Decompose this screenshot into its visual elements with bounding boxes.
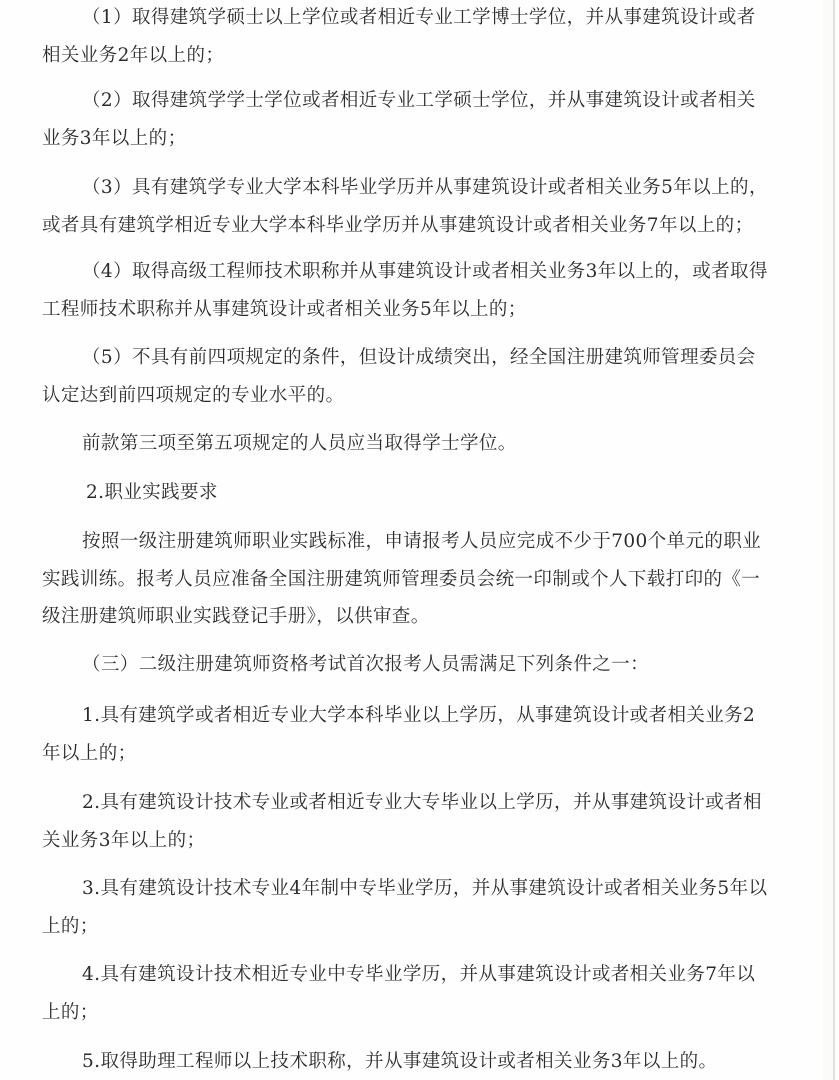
section-heading-level2: （三）二级注册建筑师资格考试首次报考人员需满足下列条件之一：: [42, 646, 742, 684]
section-heading: （三）二级注册建筑师资格考试首次报考人员需满足下列条件之一：: [42, 646, 742, 684]
text-line: 年以上的；: [42, 735, 742, 773]
text-line: 前款第三项至第五项规定的人员应当取得学士学位。: [42, 425, 742, 463]
paragraph-condition-3: 3.具有建筑设计技术专业4年制中专毕业学历，并从事建筑设计或者相关业务5年以 上…: [42, 870, 742, 945]
text-line: 认定达到前四项规定的专业水平的。: [42, 377, 742, 415]
text-line: （2）取得建筑学学士学位或者相近专业工学硕士学位，并从事建筑设计或者相关: [42, 82, 742, 120]
paragraph-requirement-2: （2）取得建筑学学士学位或者相近专业工学硕士学位，并从事建筑设计或者相关 业务3…: [42, 82, 742, 157]
page-edge-shade: [823, 0, 833, 1080]
text-line: 上的；: [42, 908, 742, 946]
paragraph-requirement-3: （3）具有建筑学专业大学本科毕业学历并从事建筑设计或者相关业务5年以上的， 或者…: [42, 169, 742, 244]
text-line: 实践训练。报考人员应准备全国注册建筑师管理委员会统一印制或个人下载打印的《一: [42, 561, 742, 599]
text-line: （4）取得高级工程师技术职称并从事建筑设计或者相关业务3年以上的，或者取得: [42, 253, 742, 291]
page-edge-divider: [833, 0, 835, 1080]
paragraph-condition-4: 4.具有建筑设计技术相近专业中专毕业学历，并从事建筑设计或者相关业务7年以 上的…: [42, 956, 742, 1031]
section-heading: 2.职业实践要求: [42, 474, 742, 512]
paragraph-degree-note: 前款第三项至第五项规定的人员应当取得学士学位。: [42, 425, 742, 463]
text-line: 级注册建筑师职业实践登记手册》，以供审查。: [42, 598, 742, 636]
text-line: 相关业务2年以上的；: [42, 37, 742, 75]
text-line: 业务3年以上的；: [42, 120, 742, 158]
paragraph-practice-standard: 按照一级注册建筑师职业实践标准，申请报考人员应完成不少于700个单元的职业 实践…: [42, 523, 742, 636]
paragraph-condition-1: 1.具有建筑学或者相近专业大学本科毕业以上学历，从事建筑设计或者相关业务2 年以…: [42, 697, 742, 772]
paragraph-requirement-5: （5）不具有前四项规定的条件，但设计成绩突出，经全国注册建筑师管理委员会 认定达…: [42, 339, 742, 414]
document-page: （1）取得建筑学硕士以上学位或者相近专业工学博士学位，并从事建筑设计或者 相关业…: [0, 0, 839, 1080]
text-line: 工程师技术职称并从事建筑设计或者相关业务5年以上的；: [42, 291, 742, 329]
text-line: 4.具有建筑设计技术相近专业中专毕业学历，并从事建筑设计或者相关业务7年以: [42, 956, 742, 994]
text-line: 5.取得助理工程师以上技术职称，并从事建筑设计或者相关业务3年以上的。: [42, 1043, 742, 1080]
text-line: 按照一级注册建筑师职业实践标准，申请报考人员应完成不少于700个单元的职业: [42, 523, 742, 561]
text-line: 或者具有建筑学相近专业大学本科毕业学历并从事建筑设计或者相关业务7年以上的；: [42, 207, 742, 245]
paragraph-condition-5: 5.取得助理工程师以上技术职称，并从事建筑设计或者相关业务3年以上的。: [42, 1043, 742, 1080]
text-line: 关业务3年以上的；: [42, 822, 742, 860]
section-heading-practice: 2.职业实践要求: [42, 474, 742, 512]
text-line: （5）不具有前四项规定的条件，但设计成绩突出，经全国注册建筑师管理委员会: [42, 339, 742, 377]
text-line: （3）具有建筑学专业大学本科毕业学历并从事建筑设计或者相关业务5年以上的，: [42, 169, 742, 207]
text-line: （1）取得建筑学硕士以上学位或者相近专业工学博士学位，并从事建筑设计或者: [42, 0, 742, 37]
text-line: 上的；: [42, 994, 742, 1032]
text-line: 3.具有建筑设计技术专业4年制中专毕业学历，并从事建筑设计或者相关业务5年以: [42, 870, 742, 908]
paragraph-condition-2: 2.具有建筑设计技术专业或者相近专业大专毕业以上学历，并从事建筑设计或者相 关业…: [42, 784, 742, 859]
text-line: 1.具有建筑学或者相近专业大学本科毕业以上学历，从事建筑设计或者相关业务2: [42, 697, 742, 735]
paragraph-requirement-4: （4）取得高级工程师技术职称并从事建筑设计或者相关业务3年以上的，或者取得 工程…: [42, 253, 742, 328]
paragraph-requirement-1: （1）取得建筑学硕士以上学位或者相近专业工学博士学位，并从事建筑设计或者 相关业…: [42, 0, 742, 74]
text-line: 2.具有建筑设计技术专业或者相近专业大专毕业以上学历，并从事建筑设计或者相: [42, 784, 742, 822]
